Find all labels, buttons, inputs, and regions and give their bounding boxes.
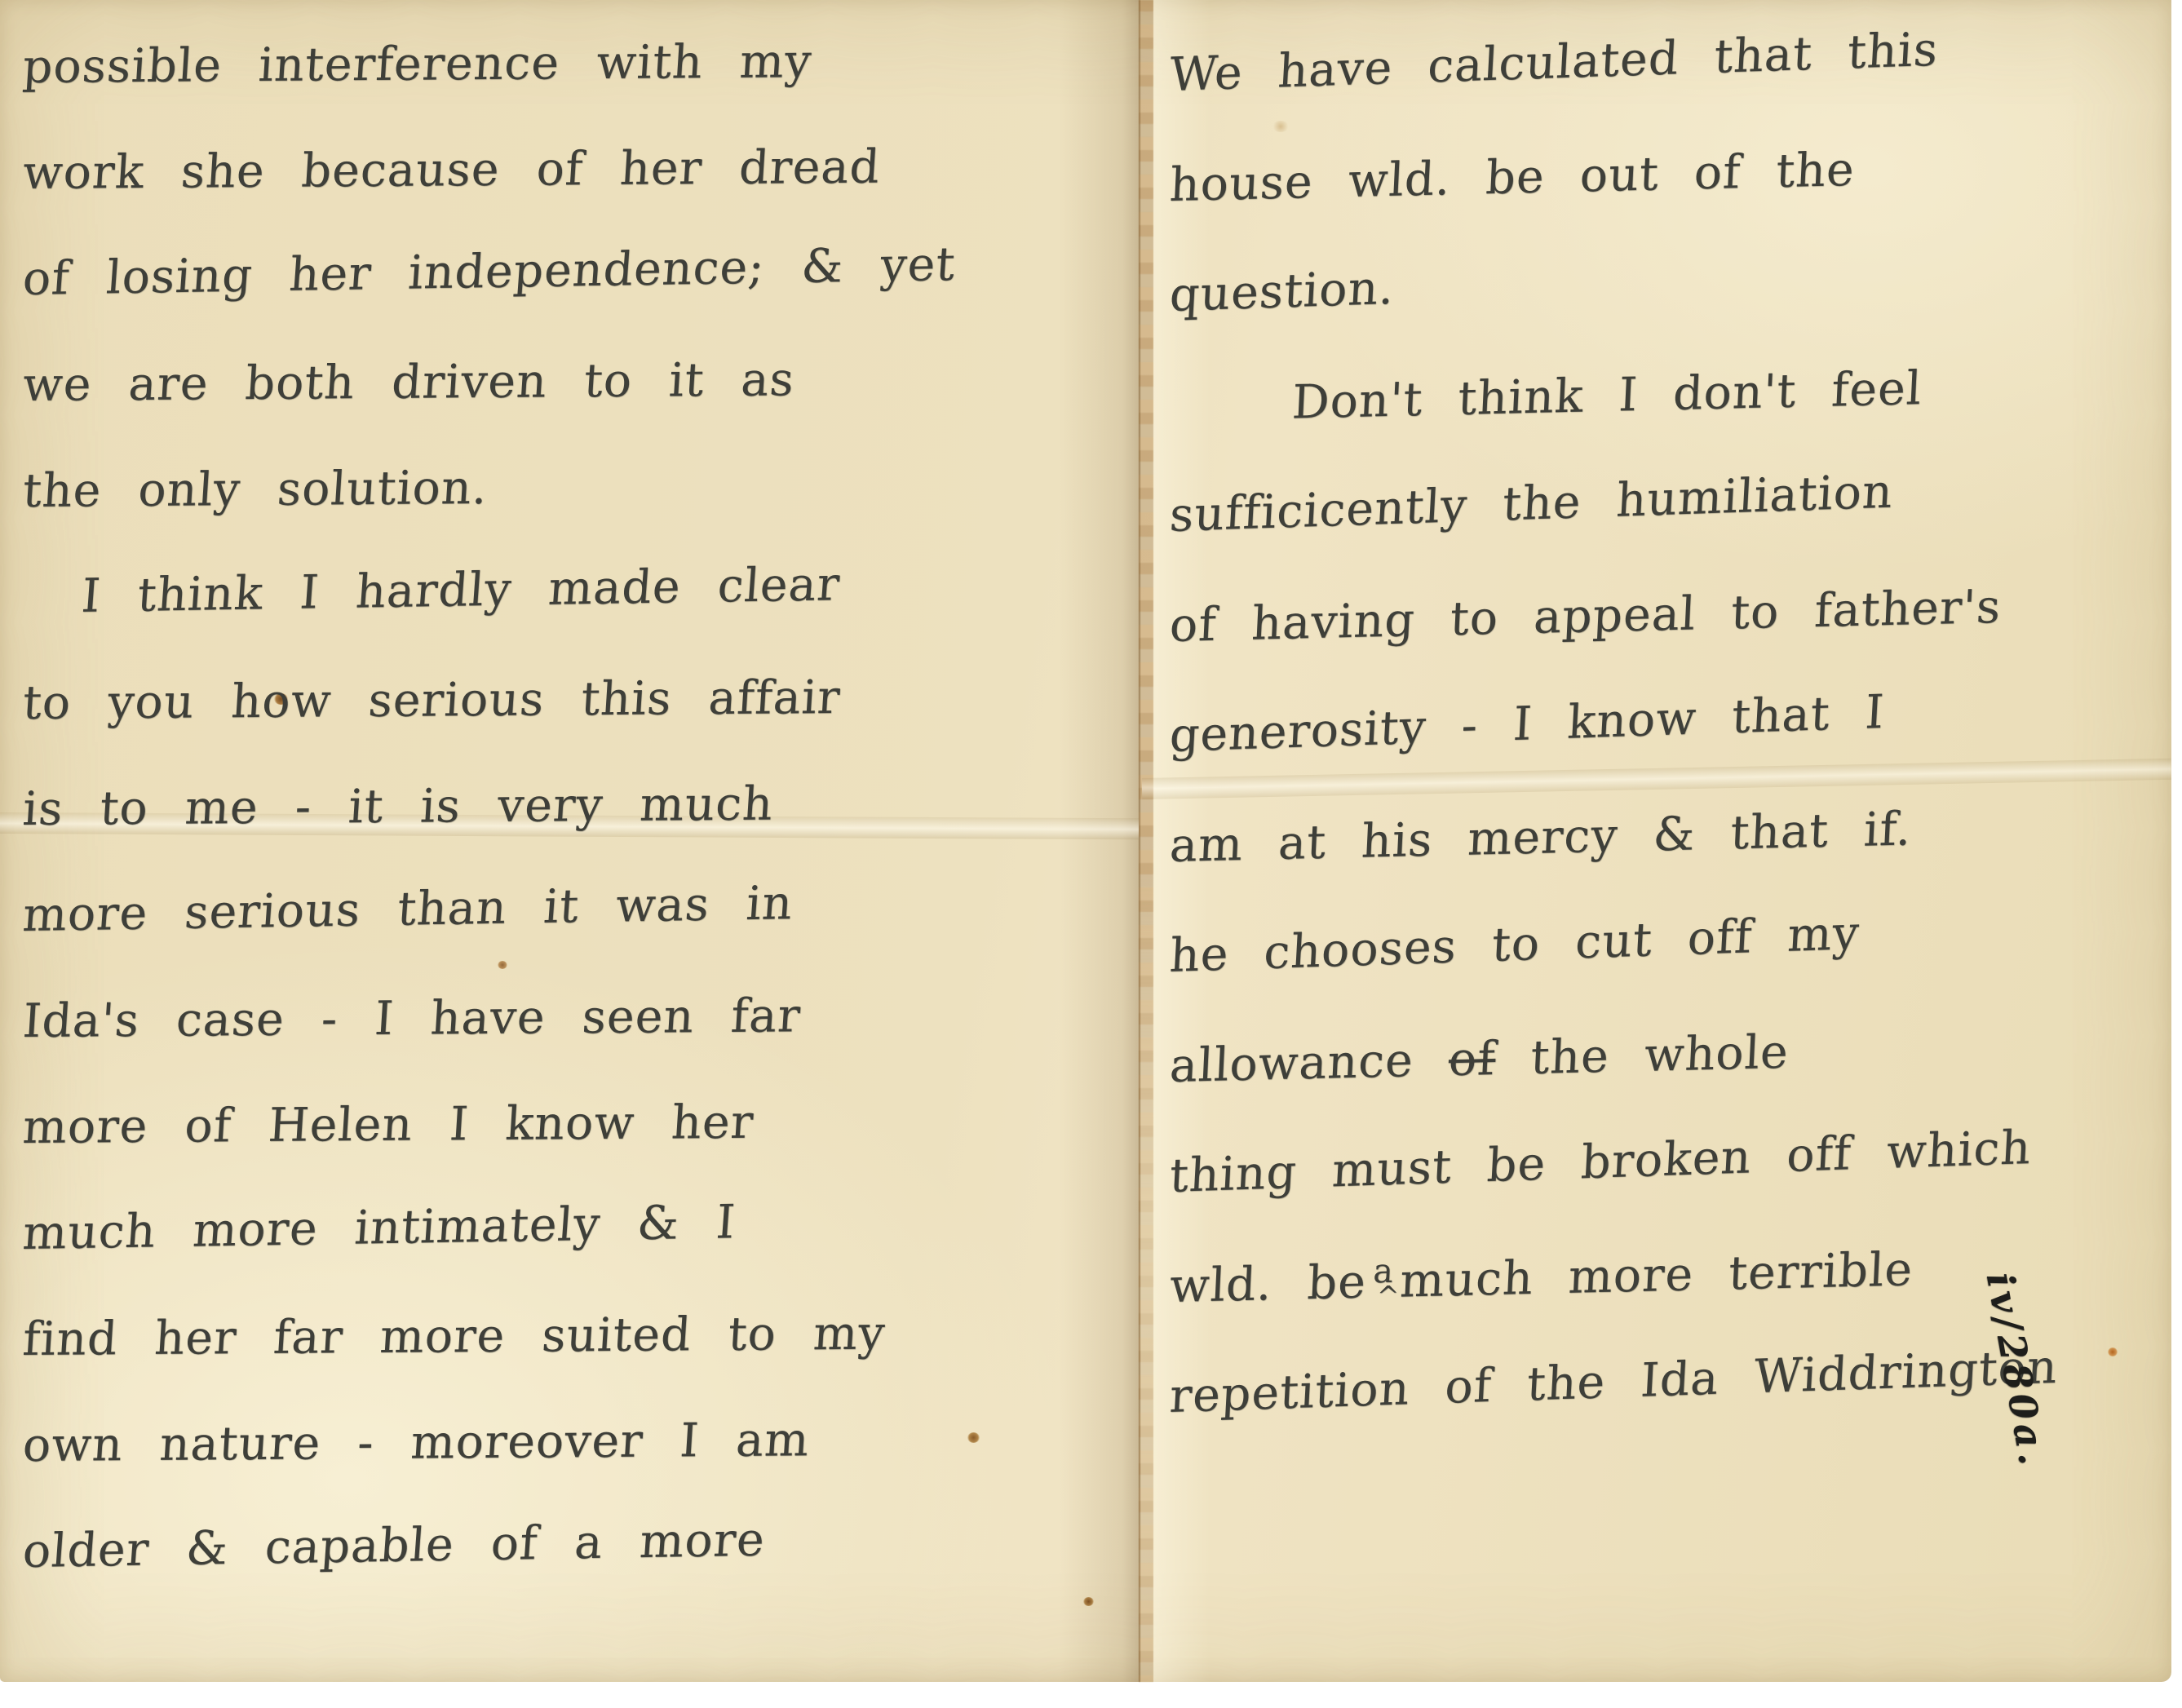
handwriting-line: older & capable of a more xyxy=(19,1482,1137,1606)
handwriting-line: is to me - it is very much xyxy=(20,749,1137,863)
word-segment: the only solution. xyxy=(21,461,489,518)
word-segment: I think I hardly made clear xyxy=(80,557,843,623)
handwriting-line: we are both driven to it as xyxy=(20,325,1137,439)
strikethrough-word: of xyxy=(1447,1032,1497,1086)
word-segment: older & capable of a more xyxy=(21,1513,768,1578)
word-segment: sufficicently the humiliation xyxy=(1168,465,1894,543)
word-segment: more serious than it was in xyxy=(21,876,795,942)
word-segment: Don't think I don't feel xyxy=(1290,361,1923,430)
word-segment: the whole xyxy=(1494,1025,1790,1086)
word-segment: own nature - moreover I am xyxy=(21,1413,811,1472)
word-segment: much more intimately & I xyxy=(21,1195,737,1260)
word-segment: find her far more suited to my xyxy=(21,1307,887,1366)
word-segment: is to me - it is very much xyxy=(21,777,775,836)
word-segment: much more terrible xyxy=(1399,1242,1914,1308)
word-segment: Ida's case - I have seen far xyxy=(21,989,803,1048)
letter-page-left: possible interference with mywork she be… xyxy=(23,15,1134,1605)
center-fold-crease xyxy=(1139,0,1153,1682)
handwriting-line: the only solution. xyxy=(20,431,1137,545)
word-segment: We have calculated that this xyxy=(1168,23,1940,102)
handwriting-line: own nature - moreover I am xyxy=(20,1385,1137,1499)
handwriting-line: more serious than it was in xyxy=(19,846,1137,970)
word-segment: to you how serious this affair xyxy=(21,670,842,730)
handwriting-line: more of Helen I know her xyxy=(20,1067,1137,1181)
handwriting-line: possible interference with my xyxy=(20,7,1137,121)
word-segment: generosity - I know that I xyxy=(1168,685,1886,763)
word-segment: thing must be broken off which xyxy=(1168,1121,2033,1203)
handwriting-line: much more intimately & I xyxy=(19,1164,1137,1288)
inserted-word: a^ xyxy=(1370,1216,1396,1325)
handwriting-line: Ida's case - I have seen far xyxy=(20,961,1137,1075)
word-segment: he chooses to cut off my xyxy=(1168,906,1861,983)
handwriting-line: of losing her independence; & yet xyxy=(19,210,1137,334)
word-segment: more of Helen I know her xyxy=(21,1095,755,1154)
word-segment: am at his mercy & that if. xyxy=(1169,802,1914,873)
handwriting-line: work she because of her dread xyxy=(20,113,1137,227)
word-segment: house wld. be out of the xyxy=(1169,143,1857,212)
word-segment: repetition of the Ida Widdrington xyxy=(1168,1340,2059,1423)
word-segment: of losing her independence; & yet xyxy=(21,237,958,306)
word-segment: wld. be xyxy=(1169,1254,1368,1313)
word-segment: work she because of her dread xyxy=(21,140,882,200)
word-segment: possible interference with my xyxy=(21,34,813,94)
handwriting-line: I think I hardly made clear xyxy=(19,528,1137,652)
word-segment: we are both driven to it as xyxy=(21,352,796,412)
letter-paper: possible interference with mywork she be… xyxy=(0,0,2171,1682)
word-segment: allowance xyxy=(1169,1033,1450,1093)
handwriting-line: find her far more suited to my xyxy=(20,1279,1137,1393)
word-segment: question. xyxy=(1168,261,1396,322)
letter-page-right: We have calculated that thishouse wld. b… xyxy=(1170,21,2181,1453)
word-segment: of having to appeal to father's xyxy=(1169,580,2003,653)
letter-scan: possible interference with mywork she be… xyxy=(0,0,2182,1708)
handwriting-line: to you how serious this affair xyxy=(20,643,1137,757)
